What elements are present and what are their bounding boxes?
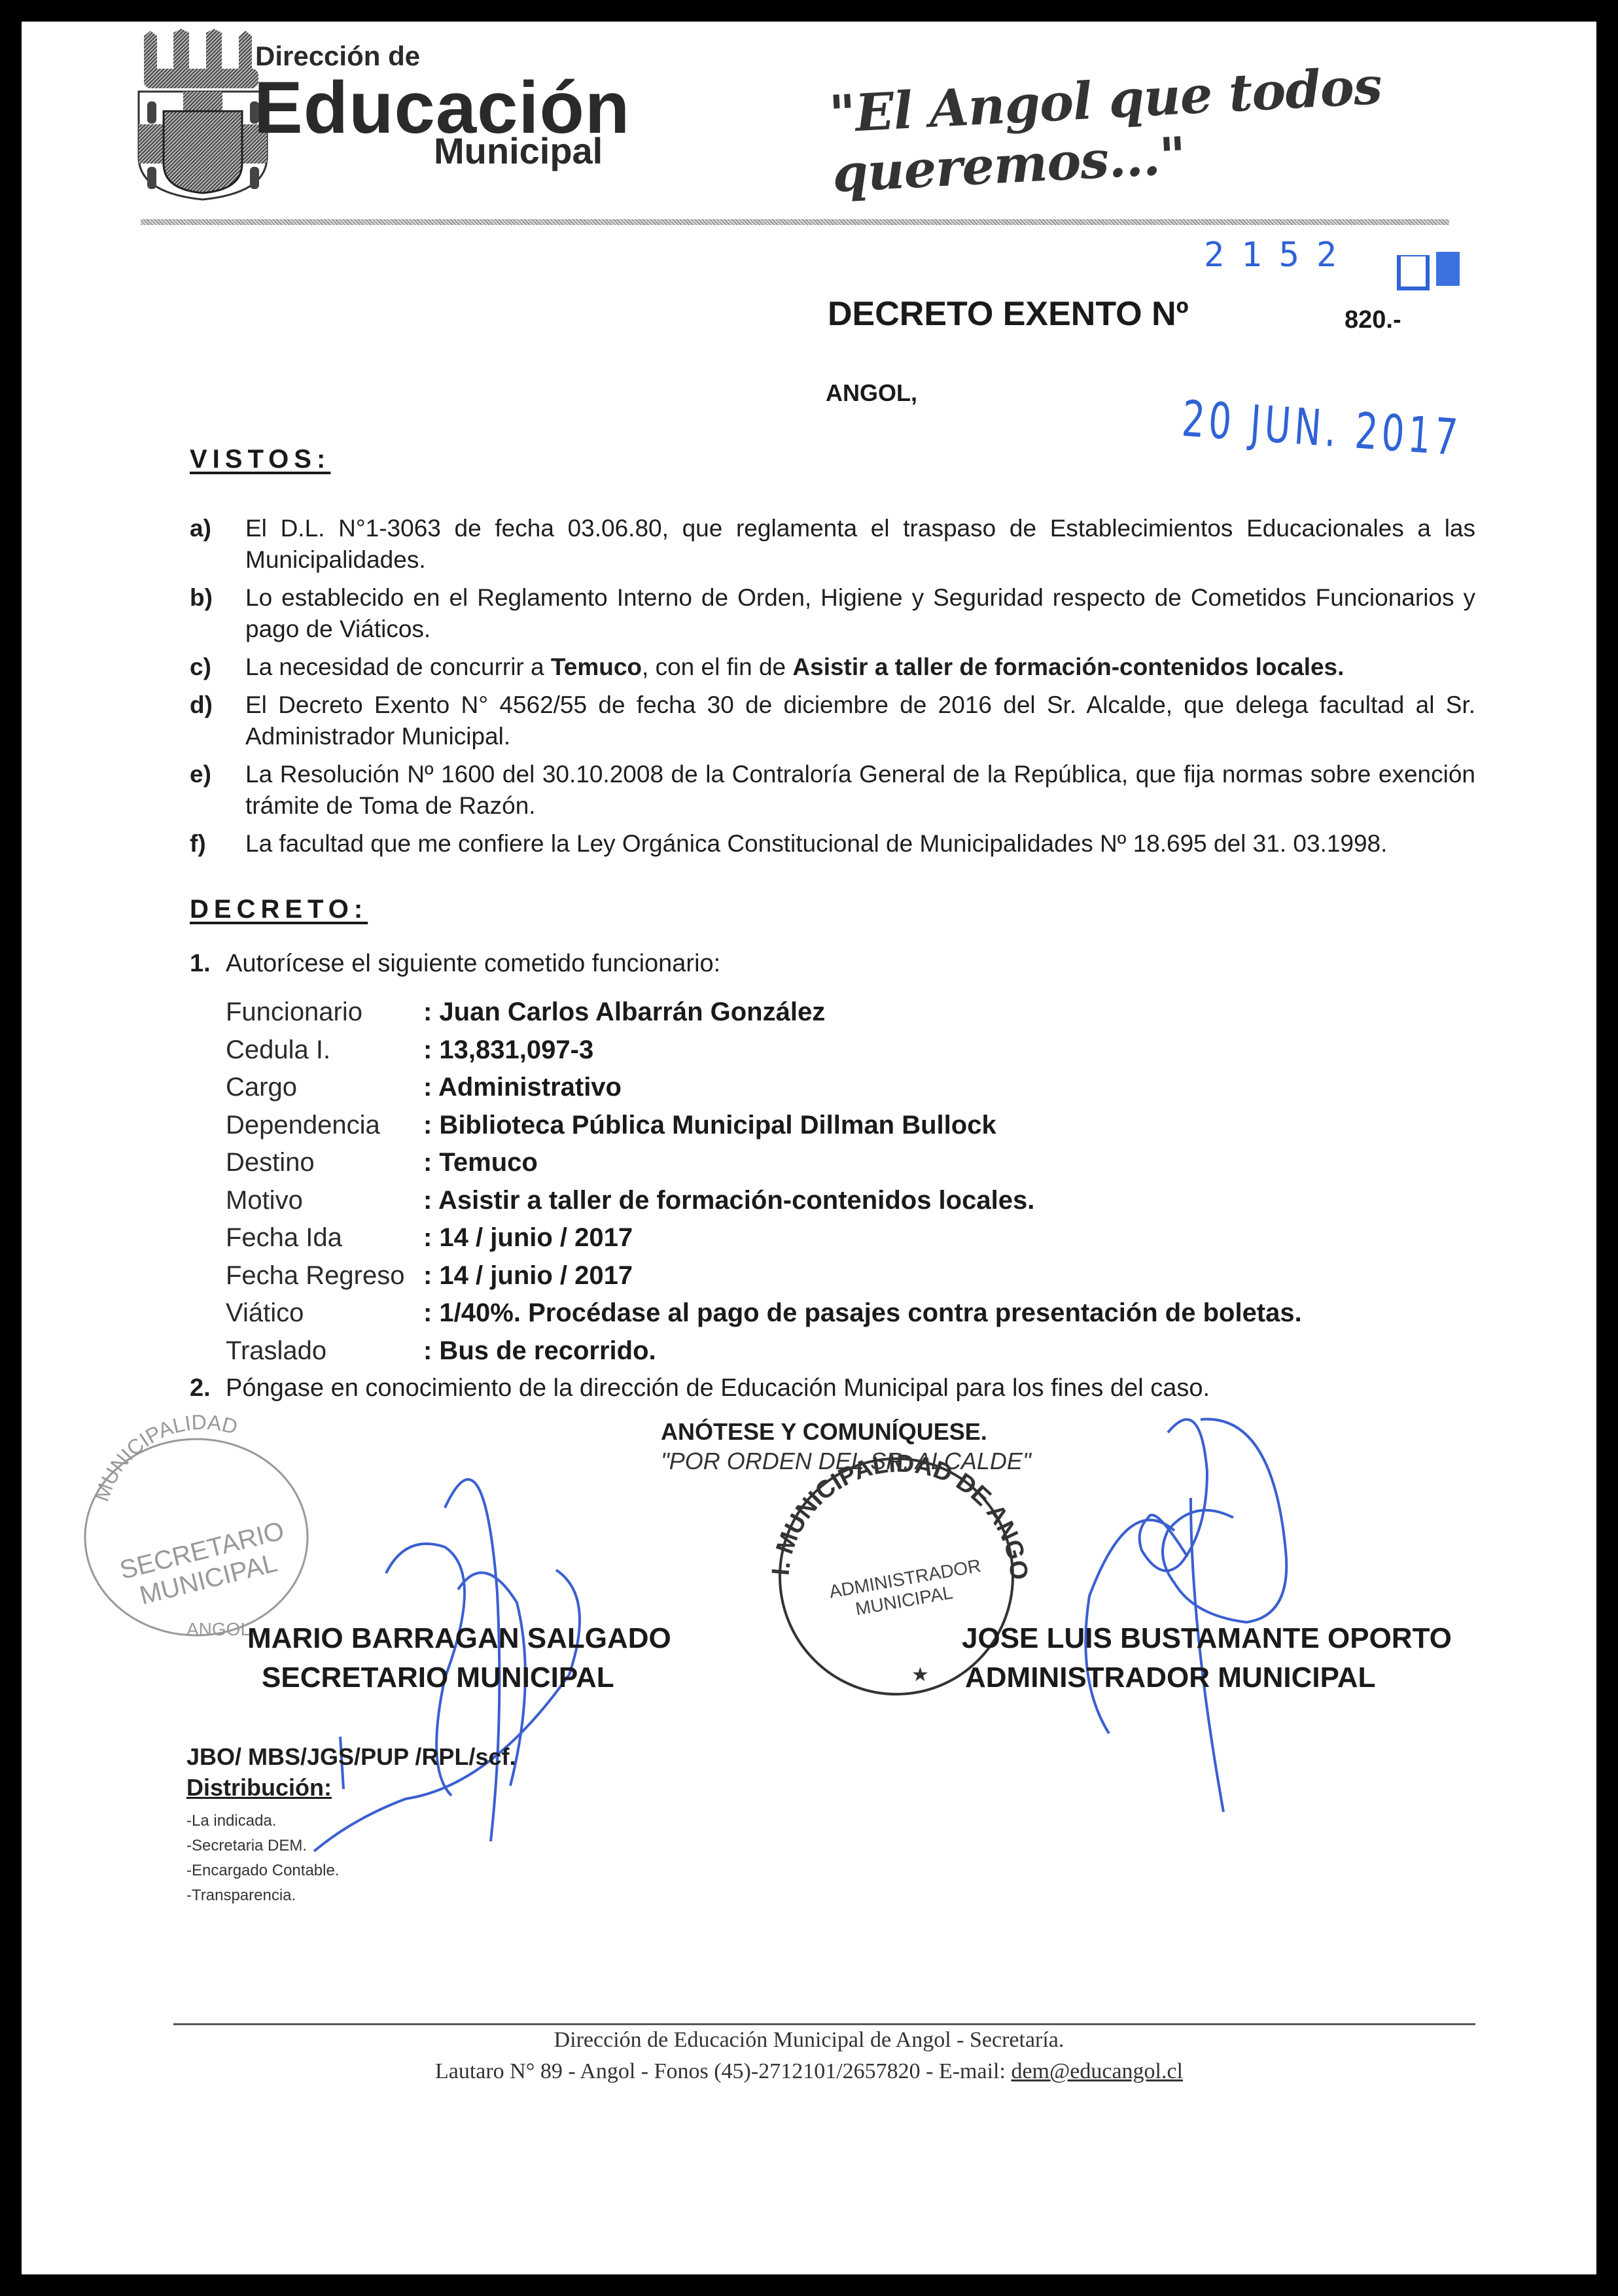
visto-text: Lo establecido en el Reglamento Interno … <box>245 582 1475 645</box>
footer-address: Lautaro N° 89 - Angol - Fonos (45)-27121… <box>435 2059 1011 2083</box>
point-number: 1. <box>190 945 226 982</box>
visto-letter: d) <box>190 689 245 752</box>
field-value: : Administrativo <box>423 1069 622 1107</box>
decree-place: ANGOL, <box>826 379 917 407</box>
field-label: Cedula I. <box>226 1032 423 1070</box>
decreto-point-2: 2. Póngase en conocimiento de la direcci… <box>190 1370 1475 1406</box>
distribution-item: -Transparencia. <box>186 1883 339 1908</box>
visto-letter: c) <box>190 652 245 683</box>
visto-purpose: Asistir a taller de formación-contenidos… <box>792 653 1344 680</box>
vistos-list: a) El D.L. N°1-3063 de fecha 03.06.80, q… <box>190 513 1475 866</box>
point-number: 2. <box>190 1370 226 1406</box>
field-row: Motivo: Asistir a taller de formación-co… <box>226 1182 1475 1220</box>
field-value: : 14 / junio / 2017 <box>423 1257 633 1295</box>
field-value: : Asistir a taller de formación-contenid… <box>423 1182 1034 1220</box>
left-signatory-name: MARIO BARRAGAN SALGADO <box>247 1622 671 1655</box>
field-label: Funcionario <box>226 994 423 1032</box>
field-label: Traslado <box>226 1332 423 1370</box>
left-signatory-title: SECRETARIO MUNICIPAL <box>262 1661 614 1694</box>
visto-text: La facultad que me confiere la Ley Orgán… <box>245 828 1475 860</box>
field-row: Dependencia: Biblioteca Pública Municipa… <box>226 1107 1475 1145</box>
visto-text: El Decreto Exento N° 4562/55 de fecha 30… <box>245 689 1475 752</box>
field-row: Destino: Temuco <box>226 1144 1475 1182</box>
decree-number: 820.- <box>1345 306 1401 334</box>
distribution-item: -La indicada. <box>186 1809 339 1834</box>
anotese-line: ANÓTESE Y COMUNÍQUESE. <box>661 1418 987 1446</box>
footer-email-link[interactable]: dem@educangol.cl <box>1011 2059 1183 2083</box>
visto-text: La Resolución Nº 1600 del 30.10.2008 de … <box>245 759 1475 822</box>
field-row: Fecha Regreso: 14 / junio / 2017 <box>226 1257 1475 1295</box>
field-row: Viático: 1/40%. Procédase al pago de pas… <box>226 1295 1475 1332</box>
footer-line-2: Lautaro N° 89 - Angol - Fonos (45)-27121… <box>0 2059 1618 2084</box>
field-value: : Biblioteca Pública Municipal Dillman B… <box>423 1107 996 1145</box>
distribution-heading: Distribución: <box>186 1774 332 1801</box>
visto-item: a) El D.L. N°1-3063 de fecha 03.06.80, q… <box>190 513 1475 576</box>
visto-letter: b) <box>190 582 245 645</box>
footer-line-1: Dirección de Educación Municipal de Ango… <box>0 2028 1618 2053</box>
visto-text-part: , con el fin de <box>642 653 792 680</box>
field-label: Fecha Ida <box>226 1219 423 1257</box>
visto-item: b) Lo establecido en el Reglamento Inter… <box>190 582 1475 645</box>
field-value: : 1/40%. Procédase al pago de pasajes co… <box>423 1295 1302 1332</box>
reference-initials: JBO/ MBS/JGS/PUP /RPL/scf. <box>186 1743 516 1771</box>
field-value: : Juan Carlos Albarrán González <box>423 994 825 1032</box>
field-label: Destino <box>226 1144 423 1182</box>
field-label: Dependencia <box>226 1107 423 1145</box>
point-text: Póngase en conocimiento de la dirección … <box>226 1370 1210 1406</box>
decree-title: DECRETO EXENTO Nº <box>828 294 1189 334</box>
visto-item: c) La necesidad de concurrir a Temuco, c… <box>190 652 1475 683</box>
visto-text: El D.L. N°1-3063 de fecha 03.06.80, que … <box>245 513 1475 576</box>
commission-fields: Funcionario: Juan Carlos Albarrán Gonzál… <box>226 994 1475 1370</box>
registry-number-stamp: 2152 <box>1204 235 1354 275</box>
visto-letter: e) <box>190 759 245 822</box>
registry-seal-icon <box>1436 252 1460 286</box>
org-name-line3: Municipal <box>434 130 603 172</box>
header-divider <box>141 219 1449 225</box>
field-value: : 13,831,097-3 <box>423 1032 593 1070</box>
field-value: : Bus de recorrido. <box>423 1332 656 1370</box>
visto-item: e) La Resolución Nº 1600 del 30.10.2008 … <box>190 759 1475 822</box>
distribution-item: -Encargado Contable. <box>186 1858 339 1883</box>
vistos-heading: VISTOS: <box>190 445 330 474</box>
right-signatory-name: JOSE LUIS BUSTAMANTE OPORTO <box>962 1622 1452 1655</box>
right-signatory-title: ADMINISTRADOR MUNICIPAL <box>965 1661 1375 1694</box>
field-row: Fecha Ida: 14 / junio / 2017 <box>226 1219 1475 1257</box>
visto-item: f) La facultad que me confiere la Ley Or… <box>190 828 1475 860</box>
registry-mark-icon <box>1397 255 1430 290</box>
decreto-heading: DECRETO: <box>190 895 368 924</box>
visto-text-part: La necesidad de concurrir a <box>245 653 551 680</box>
visto-item: d) El Decreto Exento N° 4562/55 de fecha… <box>190 689 1475 752</box>
visto-letter: a) <box>190 513 245 576</box>
visto-text: La necesidad de concurrir a Temuco, con … <box>245 652 1475 683</box>
field-label: Fecha Regreso <box>226 1257 423 1295</box>
distribution-item: -Secretaria DEM. <box>186 1834 339 1858</box>
field-label: Viático <box>226 1295 423 1332</box>
footer-divider <box>173 2023 1475 2025</box>
visto-letter: f) <box>190 828 245 860</box>
decreto-point-1: 1. Autorícese el siguiente cometido func… <box>190 945 1475 982</box>
field-row: Traslado: Bus de recorrido. <box>226 1332 1475 1370</box>
point-text: Autorícese el siguiente cometido funcion… <box>226 945 720 982</box>
field-label: Cargo <box>226 1069 423 1107</box>
visto-destination: Temuco <box>551 653 642 680</box>
field-label: Motivo <box>226 1182 423 1220</box>
field-row: Cedula I.: 13,831,097-3 <box>226 1032 1475 1070</box>
field-row: Cargo: Administrativo <box>226 1069 1475 1107</box>
decreto-body: 1. Autorícese el siguiente cometido func… <box>190 945 1475 1406</box>
field-value: : 14 / junio / 2017 <box>423 1219 633 1257</box>
por-orden-line: "POR ORDEN DEL SR. ALCALDE" <box>661 1448 1031 1475</box>
distribution-list: -La indicada. -Secretaria DEM. -Encargad… <box>186 1809 339 1908</box>
field-value: : Temuco <box>423 1144 538 1182</box>
field-row: Funcionario: Juan Carlos Albarrán Gonzál… <box>226 994 1475 1032</box>
